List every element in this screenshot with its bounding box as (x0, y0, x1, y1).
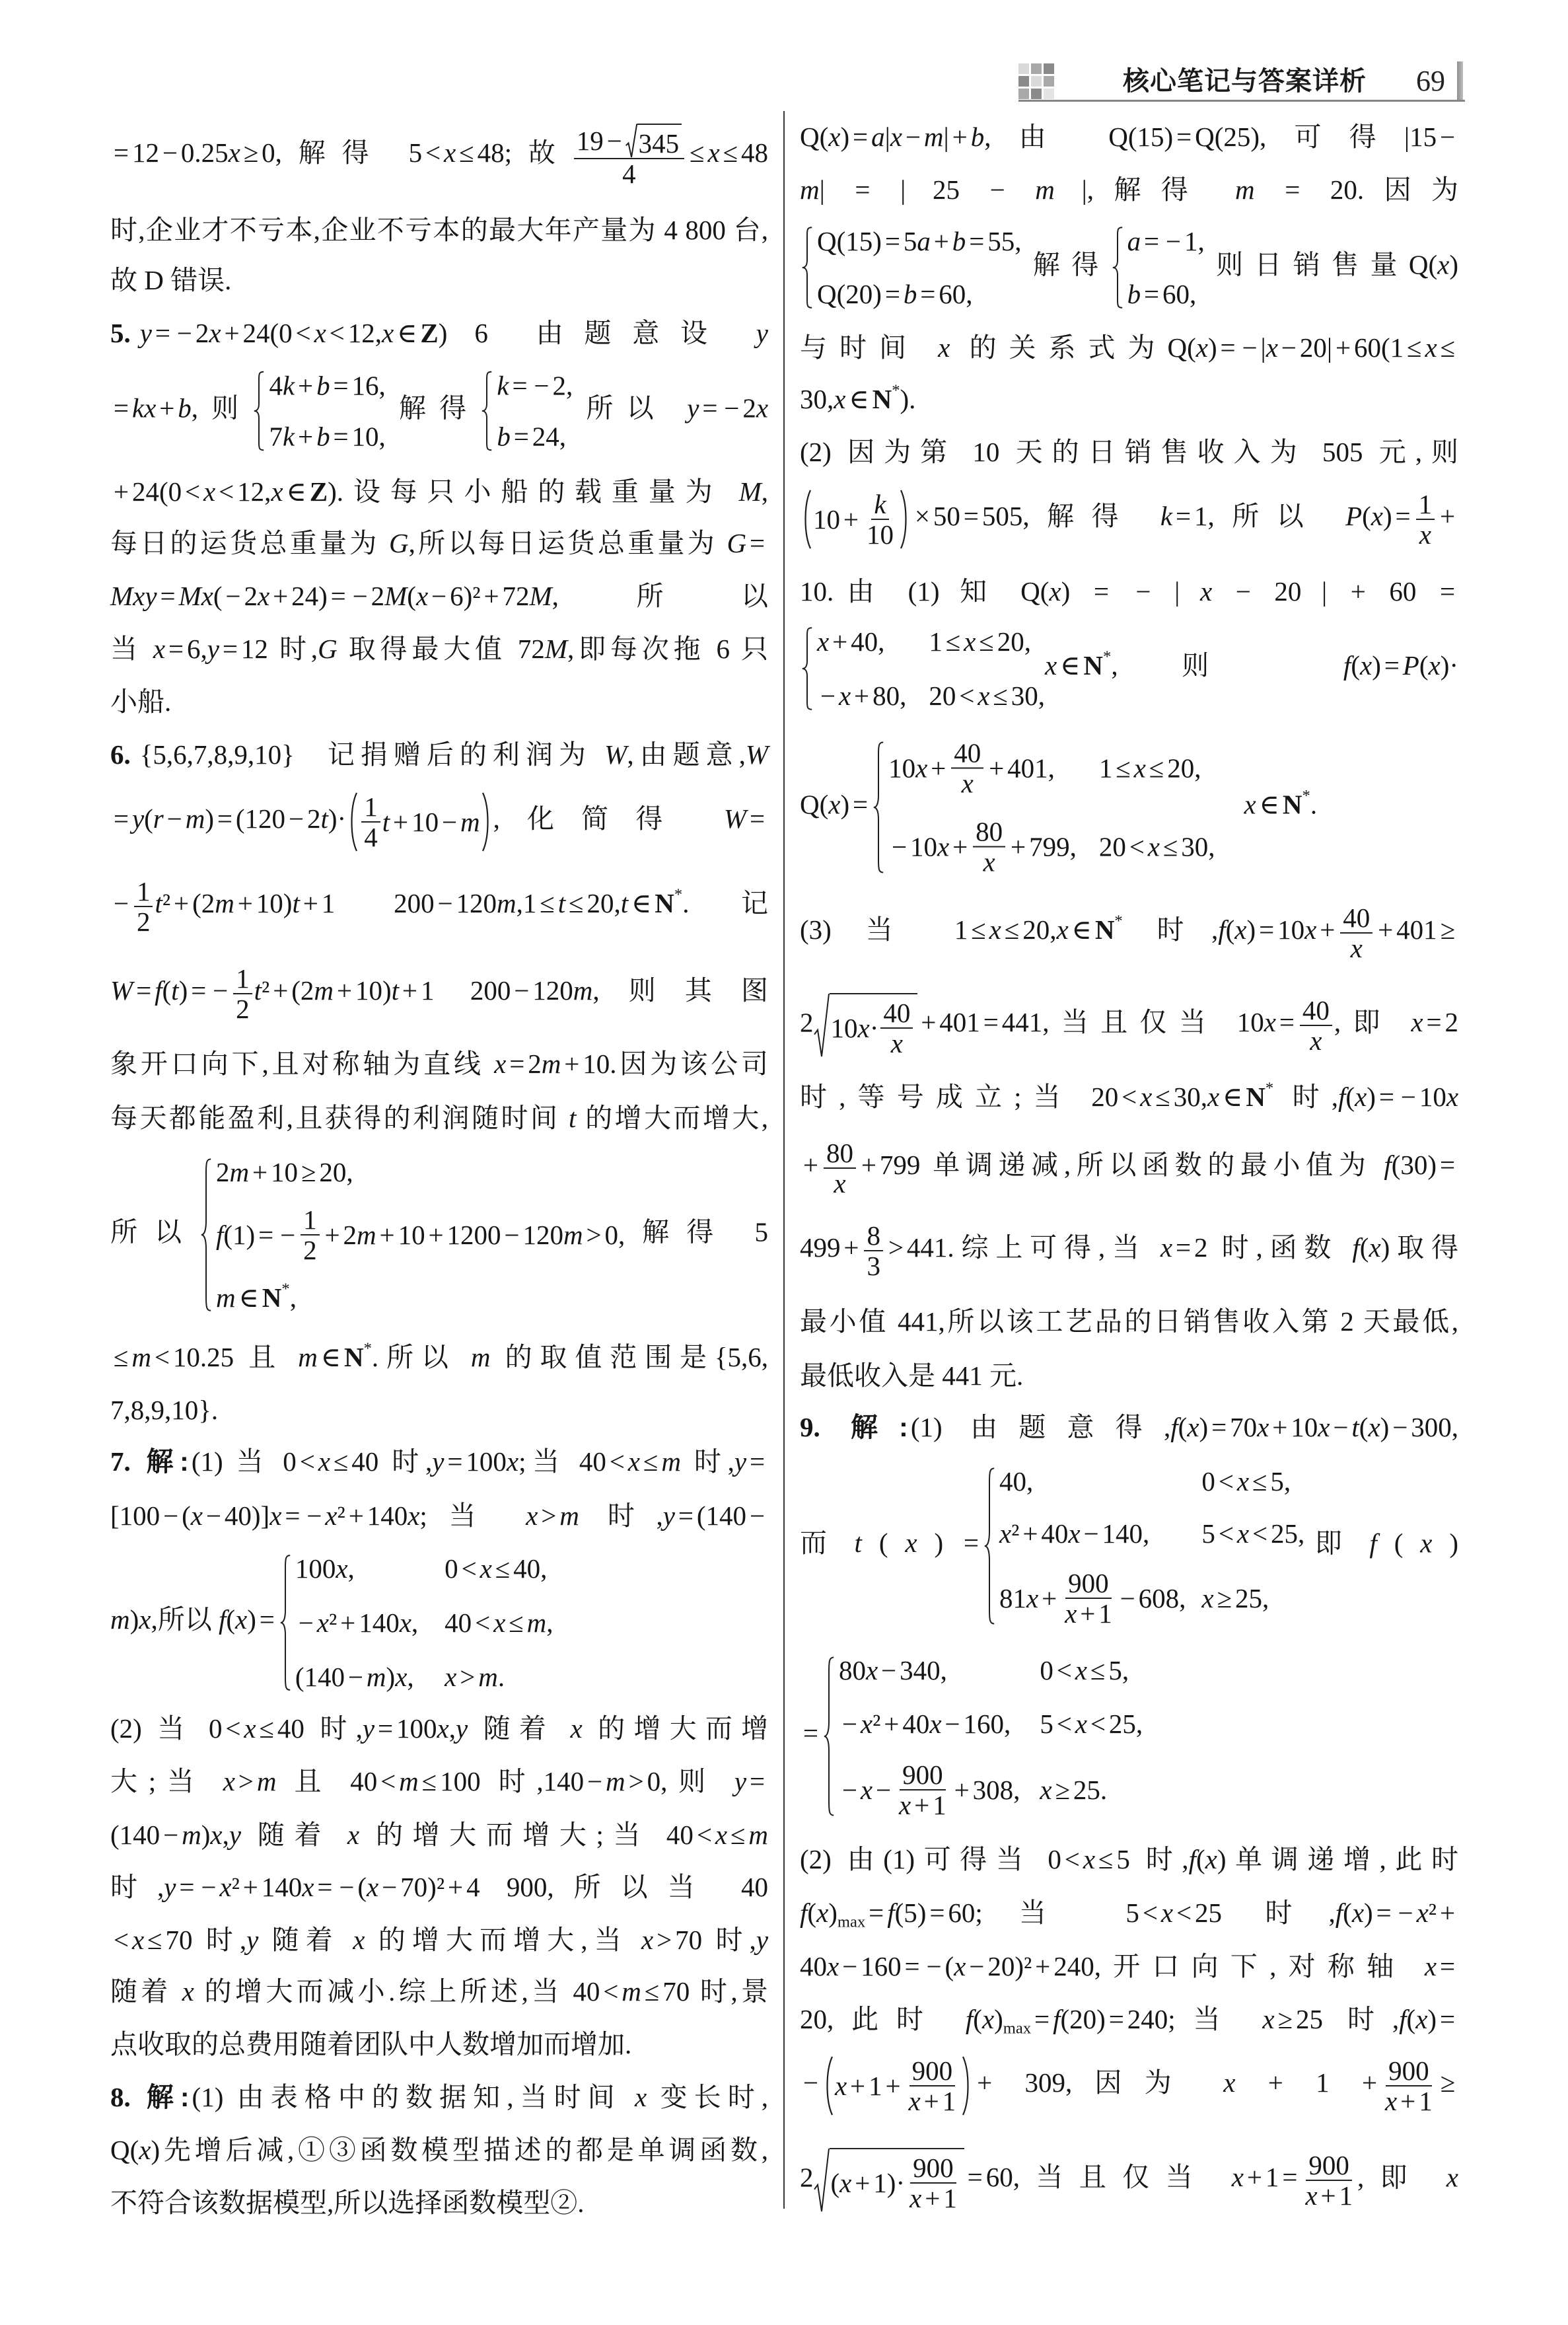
math-variable: x (153, 634, 165, 664)
math-variable: W (724, 803, 746, 834)
text-line: 9.解:(1) 由题意得,f(x)=70x+10x−t(x)−300, (800, 1410, 1458, 1444)
math-variable: x (258, 581, 269, 611)
number-set-symbol: Z (310, 476, 328, 507)
math-variable: y (132, 803, 144, 834)
math-variable: x (858, 1013, 870, 1043)
text-line: = 80x−340, 0<x≤5, −x²+40x−160, 5<x<25, −… (800, 1653, 1458, 1820)
text-run: +401, (985, 751, 1055, 786)
fraction-denominator: 2 (301, 1236, 320, 1265)
math-operator: + (1351, 576, 1366, 607)
text-run: ,即 x (1357, 2162, 1458, 2192)
math-operator: − (803, 2067, 818, 2098)
math-operator: = (969, 226, 984, 256)
math-operator: − (299, 1607, 314, 1638)
math-variable: x (839, 681, 851, 711)
math-variable: f (1338, 1082, 1345, 1112)
superscript: * (892, 381, 900, 399)
math-operator: < (425, 137, 441, 168)
math-variable: y (432, 1446, 444, 1477)
fraction: 900x+1 (1382, 2056, 1435, 2116)
math-operator: − (750, 1500, 765, 1531)
brace (823, 1656, 835, 1817)
math-variable: m (399, 1766, 419, 1796)
left-brace-icon (253, 371, 265, 451)
math-operator: = (258, 1220, 273, 1250)
math-variable: m (563, 1220, 583, 1250)
math-operator: + (954, 1775, 970, 1805)
math-operator: + (850, 2071, 865, 2101)
text-line: m)x,所以 f(x)= 100x, 0<x≤40, −x²+140x, 40<… (110, 1551, 768, 1694)
math-variable: f (1384, 1150, 1391, 1180)
system-rows: a=−1, b=60, (1127, 224, 1205, 311)
text-line: Mxy=Mx(−2x+24)=−2M(x−6)²+72M,所以 (110, 579, 768, 613)
text-run: x∈N*. (1244, 789, 1318, 819)
math-variable: x (1040, 1775, 1051, 1805)
math-operator: + (1022, 1518, 1038, 1549)
radical-sign-icon (814, 2148, 830, 2213)
logo-square (1044, 89, 1054, 99)
math-operator: − (1392, 1412, 1408, 1442)
math-operator: ≥ (1217, 1583, 1232, 1613)
left-paren-icon (349, 792, 358, 852)
math-operator: − (1166, 226, 1181, 256)
superscript: * (1114, 912, 1122, 930)
number-set-symbol: Z (420, 318, 438, 348)
math-operator: < (1252, 1518, 1267, 1549)
math-operator: − (842, 1951, 857, 1981)
math-variable: x (1428, 650, 1440, 681)
math-operator: + (921, 1007, 936, 1037)
math-operator: + (843, 1232, 859, 1263)
text-run: 解得 (1021, 249, 1110, 279)
math-operator: − (442, 807, 457, 837)
math-operator: + (564, 1049, 579, 1079)
math-operator: − (289, 803, 304, 834)
math-operator: − (587, 1766, 602, 1796)
math-variable: x (1160, 1232, 1172, 1263)
math-variable: x (1411, 1007, 1423, 1037)
header-logo-grid (1018, 63, 1054, 99)
text-run: ,化简得 W= (493, 803, 768, 834)
fraction: 40x (880, 998, 913, 1058)
math-variable: y (456, 1713, 468, 1744)
math-variable: x (209, 318, 221, 348)
text-line: 时,y=−x²+140x=−(x−70)²+4 900,所以当 40 (110, 1870, 768, 1904)
math-variable: G (318, 634, 338, 664)
math-variable: y (734, 1446, 746, 1477)
math-operator: = (512, 371, 527, 401)
math-variable: x (1262, 2004, 1274, 2034)
math-variable: x (1075, 1655, 1087, 1685)
math-variable: m (924, 122, 944, 152)
logo-square (1018, 76, 1029, 87)
math-operator: = (1221, 332, 1236, 363)
text-line: W=f(t)=−12t²+(2m+10)t+1 200−120m,则其图 (110, 964, 768, 1023)
math-variable: m (622, 1976, 641, 2007)
math-operator: ≤ (509, 1607, 524, 1638)
number-set-symbol: N (1095, 914, 1115, 945)
math-operator: > (238, 1766, 254, 1796)
math-variable: x (1351, 933, 1363, 963)
math-variable: m (527, 1607, 547, 1638)
math-operator: + (924, 2086, 939, 2116)
text-line: =y(r−m)=(120−2t)· 14 t+10−m ,化简得 W= (110, 792, 768, 852)
case-condition: 0<x≤5, (1040, 1653, 1129, 1687)
paren-content: 14 t+10−m (359, 792, 480, 852)
math-operator: − (944, 1709, 960, 1739)
math-variable: x (982, 2004, 994, 2034)
math-variable: t (392, 975, 399, 1006)
text-line: 所以 2m+10≥20, f(1)=− 12 +2m+10+1200−120m>… (110, 1155, 768, 1315)
math-operator: < (603, 1976, 618, 2007)
math-variable: t (254, 975, 262, 1006)
case-expression: −10x+ 80x +799, (888, 817, 1077, 877)
question-number: 9. (800, 1412, 820, 1442)
superscript: * (1302, 787, 1310, 805)
text-line: 当 x=6,y=12 时,G 取得最大值 72M,即每次拖 6 只 (110, 632, 768, 666)
square-root: 345 (625, 124, 682, 158)
math-variable: M (529, 581, 552, 611)
text-line: f(x)max=f(5)=60;当 5<x<25 时,f(x)=−x²+ (800, 1896, 1458, 1930)
text-run: =y(r−m)=(120−2t)· (110, 803, 346, 834)
system-row: Q(15)=5a+b=55, (817, 224, 1021, 258)
math-variable: t (382, 807, 390, 837)
fraction-numerator: 1 (134, 877, 153, 907)
text-run: t²+(2m+10)t+1 200−120m,1≤t≤20,t∈N*.记 (155, 888, 768, 918)
math-variable: x (635, 2082, 647, 2112)
math-operator: = (114, 137, 129, 168)
number-set-symbol: N (344, 1342, 364, 1372)
text-line: 而 t ( x ) = 40, 0<x≤5, x²+40x−140, 5<x<2… (800, 1464, 1458, 1628)
text-run: =f(5)=60;当 5<x<25 时,f(x)=−x²+ (865, 1898, 1458, 1928)
math-variable: x (144, 392, 156, 423)
math-variable: x (367, 1872, 378, 1902)
math-variable: x (1244, 789, 1256, 819)
case-condition: x≥25, (1201, 1581, 1269, 1615)
math-variable: x (271, 476, 283, 507)
math-variable: f (1343, 650, 1351, 681)
logo-square (1031, 76, 1042, 87)
radicand: (x+1)· 900x+1 (830, 2148, 964, 2213)
brace (279, 1554, 291, 1691)
math-variable: x (1352, 1898, 1364, 1928)
math-operator: + (159, 392, 174, 423)
radical (625, 124, 637, 158)
fraction-denominator: x+1 (906, 2086, 959, 2116)
math-operator: ≤ (1252, 1466, 1267, 1496)
fraction: 80x (824, 1138, 856, 1198)
math-variable: x (1264, 1007, 1276, 1037)
math-variable: x (395, 1662, 407, 1692)
math-variable: P (1403, 650, 1419, 681)
math-variable: x (1140, 1082, 1152, 1112)
math-operator: − (724, 392, 739, 423)
math-operator: = (983, 1007, 999, 1037)
text-line: 大;当 x>m 且 40<m≤100 时,140−m>0,则 y= (110, 1764, 768, 1798)
text-line: 5.y=−2x+24(0<x<12,x∈Z) 6 由题意设 y (110, 316, 768, 350)
math-operator: ≤ (1098, 1844, 1114, 1874)
text-line: 2 10x· 40x +401=441,当且仅当 10x=40x,即 x=2 (800, 993, 1458, 1058)
case-condition: 0<x≤5, (1201, 1464, 1291, 1498)
logo-square (1031, 89, 1042, 99)
equation-system: 4k+b=16, 7k+b=10, (252, 369, 385, 454)
math-operator: + (298, 371, 313, 401)
math-operator: + (934, 226, 949, 256)
math-operator: = (168, 634, 184, 664)
math-variable: x (839, 2168, 851, 2198)
math-operator: ≤ (993, 681, 1008, 711)
math-operator: > (888, 1232, 904, 1263)
math-variable: m (131, 1342, 151, 1372)
fraction-denominator: x (888, 1029, 906, 1058)
math-operator: + (273, 975, 288, 1006)
math-variable: x (1310, 1025, 1322, 1056)
math-operator: ∈ (321, 1342, 341, 1372)
case-expression: −x− 900x+1 +308, (839, 1760, 1020, 1820)
math-variable: y (164, 1872, 176, 1902)
math-operator: = (750, 528, 765, 558)
fraction-denominator: x+1 (1382, 2086, 1435, 2116)
math-variable: k (132, 392, 144, 423)
fraction-denominator: x (1307, 1026, 1324, 1055)
radicand: 10x· 40x (830, 993, 918, 1058)
text-run: + (800, 1150, 822, 1180)
text-run: − (110, 888, 132, 918)
math-variable: x (325, 1500, 337, 1531)
math-operator: ≤ (1155, 1082, 1170, 1112)
math-variable: x (210, 1820, 222, 1850)
math-variable: x (816, 1898, 828, 1928)
math-operator: − (514, 975, 529, 1006)
number-set-symbol: N (1083, 650, 1103, 681)
math-operator: − (1135, 576, 1151, 607)
math-variable: x (715, 1820, 727, 1850)
math-operator: − (177, 318, 192, 348)
text-run: 499+ (800, 1232, 862, 1263)
square-root: (x+1)· 900x+1 (814, 2148, 964, 2213)
header-rule (1018, 100, 1465, 102)
text-run: 81x+ (999, 1581, 1060, 1615)
solution-label: 解: (830, 1412, 908, 1442)
math-operator: = (1396, 501, 1411, 531)
fraction: 900x+1 (907, 2153, 960, 2213)
math-operator: = (1440, 1951, 1455, 1981)
math-variable: x (494, 1049, 506, 1079)
math-operator: ≤ (260, 1713, 275, 1744)
brace (253, 371, 265, 451)
text-line: 20,此时 f(x)max=f(20)=240;当 x≥25 时,f(x)= (800, 2002, 1458, 2036)
math-operator: ≥ (244, 137, 259, 168)
math-operator: × (915, 501, 930, 531)
math-operator: < (114, 1925, 129, 1955)
math-variable: x (1304, 914, 1316, 945)
system-row: m∈N*, (216, 1280, 297, 1315)
text-line: (3) 当 1≤x≤20,x∈N* 时,f(x)=10x+40x+401≥ (800, 903, 1458, 963)
text-line: 10+ k10 ×50=505,解得 k=1,所以 P(x)=1x+ (800, 490, 1458, 549)
math-operator: < (610, 1446, 625, 1477)
piecewise-function: x+40, 1≤x≤20, −x+80, 20<x≤30, (800, 624, 1045, 713)
text-line: 故 D 错误. (110, 263, 768, 297)
case-expression: x+40, (817, 624, 884, 659)
math-variable: x (1148, 832, 1160, 862)
math-operator: ≤ (1441, 332, 1456, 363)
math-operator: + (298, 422, 313, 452)
text-line: (2) 因为第 10 天的日销售收入为 505 元,则 (800, 435, 1458, 469)
math-variable: x (353, 1925, 365, 1955)
math-operator: = (964, 501, 979, 531)
brace (200, 1158, 212, 1312)
superscript: * (1103, 648, 1111, 666)
math-variable: t (621, 888, 628, 918)
math-operator: + (243, 1872, 258, 1902)
cases-rows: x+40, 1≤x≤20, −x+80, 20<x≤30, (817, 624, 1045, 713)
fraction: 900x+1 (1302, 2151, 1355, 2210)
fraction: k10 (864, 490, 896, 549)
math-operator: = (217, 803, 232, 834)
number-set-symbol: N (1246, 1082, 1265, 1112)
equation-system: a=−1, b=60, (1110, 224, 1205, 311)
radicand: 345 (637, 124, 682, 158)
math-operator: ≤ (1163, 832, 1178, 862)
math-variable: m (497, 888, 517, 918)
math-operator: + (1042, 1583, 1057, 1613)
math-variable: b (1127, 279, 1141, 309)
math-variable: f (1218, 914, 1225, 945)
left-brace-icon (1112, 227, 1123, 309)
math-variable: y (140, 318, 152, 348)
math-operator: ∈ (1223, 1082, 1242, 1112)
math-variable: k (1160, 501, 1172, 531)
math-variable: m (460, 807, 480, 837)
superscript: * (281, 1280, 289, 1298)
text-run: +2m+10+1200−120m>0, (322, 1218, 625, 1252)
fraction-numerator: 900 (1386, 2056, 1432, 2086)
fraction: 12 (233, 964, 252, 1023)
fraction-denominator: x+1 (907, 2184, 960, 2213)
fraction: 900x+1 (1062, 1568, 1115, 1628)
math-operator: + (854, 681, 869, 711)
text-run: +401=441,当且仅当 10x= (917, 1007, 1298, 1037)
math-operator: ∈ (1072, 914, 1092, 945)
math-operator: ∈ (239, 1282, 259, 1313)
fraction-denominator: x+1 (1302, 2181, 1355, 2210)
math-variable: b (316, 422, 330, 452)
left-brace-icon (873, 741, 884, 874)
math-variable: x (1385, 2086, 1397, 2116)
radical (814, 993, 830, 1058)
math-operator: ≤ (114, 1342, 129, 1372)
math-operator: + (380, 1220, 395, 1250)
math-operator: − (1440, 122, 1455, 152)
math-variable: x (828, 122, 840, 152)
math-variable: y (229, 1820, 241, 1850)
math-variable: x (1223, 2067, 1235, 2098)
math-operator: + (303, 888, 318, 918)
math-variable: t (1351, 1412, 1359, 1442)
math-operator: − (339, 1872, 354, 1902)
math-operator: < (185, 476, 200, 507)
solution-label: 解: (140, 1446, 189, 1477)
math-operator: = (750, 1446, 765, 1477)
right-paren-icon (900, 490, 909, 549)
question-number: 6. (110, 739, 131, 770)
math-operator: − (906, 122, 921, 152)
fraction: 900x+1 (906, 2056, 959, 2116)
math-variable: x (229, 137, 240, 168)
fraction-numerator: 1 (361, 792, 380, 823)
piecewise-function: 100x, 0<x≤40, −x²+140x, 40<x≤m, (140−m)x… (278, 1551, 553, 1694)
left-brace-icon (200, 1158, 212, 1312)
math-operator: ≤ (1116, 753, 1131, 784)
math-variable: x (201, 581, 213, 611)
fraction: 1x (1416, 490, 1435, 549)
math-variable: x (302, 1872, 314, 1902)
text-run: f(1)=− (216, 1218, 299, 1252)
math-operator: = (378, 1713, 393, 1744)
number-set-symbol: N (873, 384, 892, 414)
math-variable: x (938, 332, 950, 363)
math-variable: x (336, 1553, 347, 1584)
math-operator: = (155, 318, 170, 348)
text-line: − x+1+ 900x+1 + 309,因为 x + 1 +900x+1≥ (800, 2056, 1458, 2116)
equation-system: Q(15)=5a+b=55, Q(20)=b=60, (800, 224, 1021, 311)
math-variable: x (1237, 1518, 1249, 1549)
text-run: +401≥ (1374, 914, 1458, 945)
math-variable: x (223, 1766, 235, 1796)
text-run: +799, (1007, 830, 1077, 864)
fraction: 900x+1 (896, 1760, 949, 1820)
math-variable: y (734, 1766, 746, 1796)
system-row: k=−2, (497, 369, 573, 403)
math-variable: x (132, 1925, 144, 1955)
square-root: 10x· 40x (814, 993, 918, 1058)
fraction-numerator: 80 (973, 817, 1005, 848)
logo-square (1031, 63, 1042, 74)
text-line: x+40, 1≤x≤20, −x+80, 20<x≤30, x∈N*,则 f(x… (800, 624, 1458, 713)
text-run: x+1+ (835, 2069, 904, 2103)
math-operator: < (697, 1820, 712, 1850)
math-variable: f (966, 2004, 973, 2034)
math-operator: − (1281, 332, 1297, 363)
math-variable: x (1420, 1528, 1432, 1558)
math-operator: + (925, 2183, 940, 2213)
big-parentheses: 14 t+10−m (347, 792, 491, 852)
brace (873, 741, 884, 874)
text-run: 即 f ( x ) (1304, 1528, 1458, 1558)
math-variable: x (1237, 1466, 1249, 1496)
math-variable: x (1207, 1082, 1219, 1112)
math-variable: m (257, 1766, 277, 1796)
math-variable: m (367, 1662, 386, 1692)
math-operator: ∈ (287, 476, 306, 507)
math-operator: = (333, 422, 348, 452)
math-variable: x (1083, 1844, 1095, 1874)
text-run: (1) 由表格中的数据知,当时间 x 变长时, (192, 2082, 768, 2112)
paren (962, 2056, 971, 2116)
math-operator: − (876, 1775, 891, 1805)
math-variable: k (283, 371, 295, 401)
fraction: 12 (134, 877, 153, 936)
math-operator: − (348, 1662, 363, 1692)
math-operator: = (702, 392, 717, 423)
text-line: 时,等号成立;当 20<x≤30,x∈N* 时,f(x)=−10x (800, 1080, 1458, 1114)
fraction-denominator: x+1 (1062, 1599, 1115, 1628)
math-variable: x (139, 2135, 151, 2165)
math-operator: < (219, 476, 234, 507)
math-operator: = (331, 581, 346, 611)
math-variable: x (1369, 1232, 1380, 1263)
piecewise-function: 10x+ 40x +401, 1≤x≤20, −10x+ 80x +799, 2… (871, 739, 1215, 877)
